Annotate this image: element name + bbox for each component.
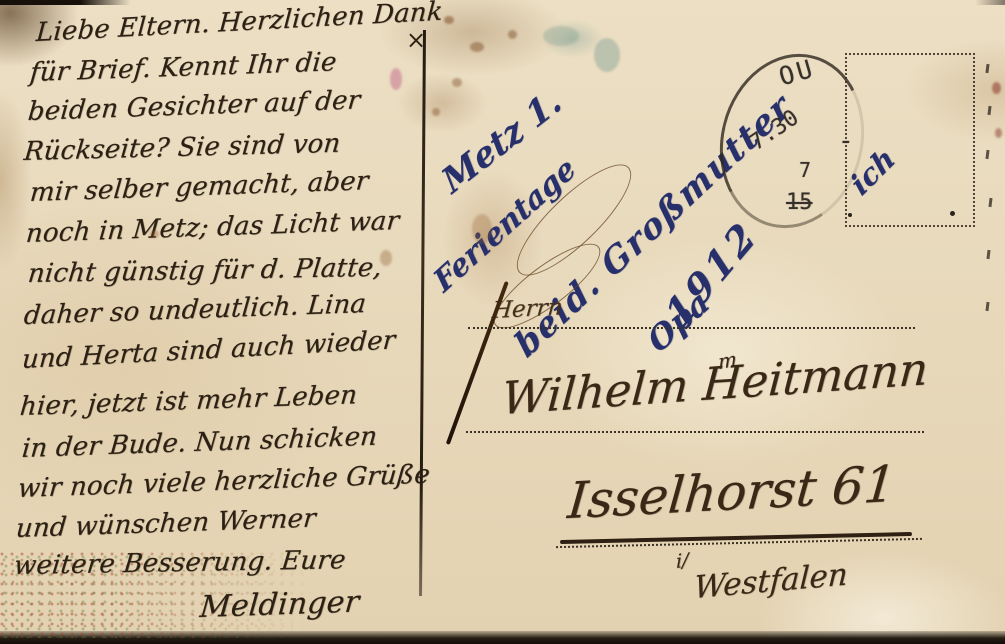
message-line: daher so undeutlich. Lina: [23, 289, 368, 331]
message-line: beiden Gesichter auf der: [27, 85, 362, 127]
foxing-spot: [995, 128, 1002, 138]
edge-tick: [985, 64, 989, 73]
message-line: noch in Metz; das Licht war: [25, 206, 401, 249]
foxing-spot: [150, 230, 159, 238]
scan-edge-top: [0, 0, 1005, 5]
foxing-spot: [508, 30, 517, 39]
message-line: Liebe Eltern. Herzlichen Dank: [35, 0, 444, 48]
divider-top-mark: ×: [406, 26, 426, 54]
message-line: nicht günstig für d. Platte,: [26, 253, 383, 289]
address-dotted-line: [468, 327, 915, 329]
postmark-day: 7: [799, 158, 811, 182]
foxing-spot: [472, 214, 492, 244]
foxing-spot: [992, 82, 1001, 94]
foxing-spot: [380, 250, 392, 266]
foxing-spot: [444, 16, 454, 24]
postcard-scan: Liebe Eltern. Herzlichen Dank für Brief.…: [0, 0, 1005, 644]
address-street: Isselhorst 61: [565, 455, 898, 531]
message-line: in der Bude. Nun schicken: [21, 422, 379, 465]
teal-stain: [594, 38, 620, 72]
stamp-box-dot: [950, 211, 955, 216]
address-name: Wilhelm Heitmann: [500, 342, 930, 425]
address-dotted-line: [466, 431, 924, 433]
address-region: Westfalen: [693, 556, 849, 606]
message-line: hier, jetzt ist mehr Leben: [19, 380, 359, 422]
foxing-spot: [470, 42, 484, 52]
message-line: wir noch viele herzliche Grüße: [17, 460, 432, 504]
edge-tick: [988, 198, 992, 207]
pink-stain: [390, 68, 402, 90]
edge-tick: [987, 106, 991, 115]
message-line: Rückseite? Sie sind von: [23, 129, 342, 167]
message-line: und Herta sind auch wieder: [21, 325, 396, 375]
foxing-spot: [432, 108, 440, 116]
pen-flourish: [446, 281, 509, 445]
message-line: für Brief. Kennt Ihr die: [29, 47, 338, 88]
message-line: und wünschen Werner: [15, 503, 317, 544]
divider-line: [419, 30, 425, 596]
foxing-spot: [452, 78, 462, 87]
postmark-bottom-number: 15: [786, 190, 813, 215]
teal-stain: [543, 26, 579, 46]
edge-tick: [985, 302, 989, 311]
signature: Meldinger: [198, 584, 360, 625]
edge-tick: [985, 150, 989, 159]
message-line: weitere Besserung. Eure: [12, 545, 347, 581]
stamp-box: [845, 53, 975, 227]
stamp-box-dot: [848, 213, 852, 217]
address-region-prefix: i/: [676, 549, 688, 573]
message-line: mir selber gemacht, aber: [29, 166, 370, 208]
edge-tick: [986, 250, 990, 259]
